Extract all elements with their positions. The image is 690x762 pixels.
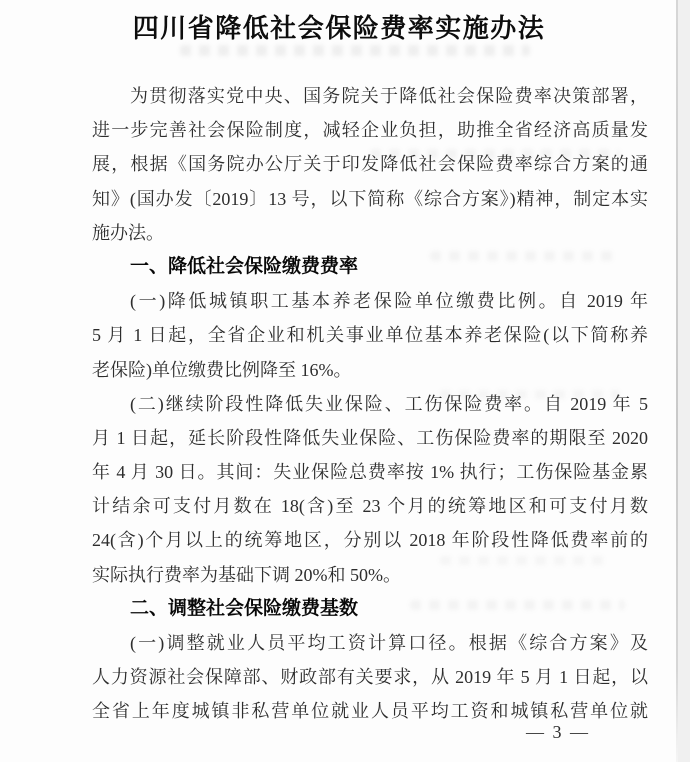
document-body: 为贯彻落实党中央、国务院关于降低社会保险费率决策部署，进一步完善社会保险制度，减… (92, 79, 648, 729)
section-2-item-1-paragraph: (一)调整就业人员平均工资计算口径。根据《综合方案》及人力资源社会保障部、财政部… (92, 626, 648, 729)
section-heading-line: 二、调整社会保险缴费基数 (92, 592, 648, 626)
document-line: 月 1 日起，延长阶段性降低失业保险、工伤保险费率的期限至 2020 (92, 421, 648, 455)
scan-gutter (678, 0, 690, 762)
document-line: 计结余可支付月数在 18(含)至 23 个月的统筹地区和可支付月数 (92, 489, 648, 523)
document-line: 实际执行费率为基础下调 20%和 50%。 (92, 558, 648, 592)
document-line: 人力资源社会保障部、财政部有关要求，从 2019 年 5 月 1 日起，以 (92, 660, 648, 694)
document-line: 年 4 月 30 日。其间：失业保险总费率按 1% 执行；工伤保险基金累 (92, 455, 648, 489)
section-heading-line: 一、降低社会保险缴费费率 (92, 250, 648, 284)
section-1-item-2-paragraph: (二)继续阶段性降低失业保险、工伤保险费率。自 2019 年 5月 1 日起，延… (92, 387, 648, 592)
section-2-heading: 二、调整社会保险缴费基数 (92, 592, 648, 626)
section-1-heading: 一、降低社会保险缴费费率 (92, 250, 648, 284)
document-line: 展，根据《国务院办公厅关于印发降低社会保险费率综合方案的通 (92, 147, 648, 181)
page-number: — 3 — (526, 722, 590, 743)
document-line: 5 月 1 日起，全省企业和机关事业单位基本养老保险(以下简称养 (92, 318, 648, 352)
document-line: 24(含)个月以上的统筹地区，分别以 2018 年阶段性降低费率前的 (92, 523, 648, 557)
document-line: 老保险)单位缴费比例降至 16%。 (92, 353, 648, 387)
document-line: (一)调整就业人员平均工资计算口径。根据《综合方案》及 (92, 626, 648, 660)
document-line: 知》(国办发〔2019〕13 号，以下简称《综合方案》)精神，制定本实 (92, 182, 648, 216)
document-title: 四川省降低社会保险费率实施办法 (0, 8, 678, 45)
section-1-item-1-paragraph: (一)降低城镇职工基本养老保险单位缴费比例。自 2019 年5 月 1 日起，全… (92, 284, 648, 387)
document-line: 进一步完善社会保险制度，减轻企业负担，助推全省经济高质量发 (92, 113, 648, 147)
intro-paragraph: 为贯彻落实党中央、国务院关于降低社会保险费率决策部署，进一步完善社会保险制度，减… (92, 79, 648, 250)
document-line: 施办法。 (92, 216, 648, 250)
scanned-document-page: 四川省降低社会保险费率实施办法 为贯彻落实党中央、国务院关于降低社会保险费率决策… (0, 0, 690, 762)
document-line: 为贯彻落实党中央、国务院关于降低社会保险费率决策部署， (92, 79, 648, 113)
document-line: (二)继续阶段性降低失业保险、工伤保险费率。自 2019 年 5 (92, 387, 648, 421)
ink-bleed-through (180, 45, 530, 56)
document-line: (一)降低城镇职工基本养老保险单位缴费比例。自 2019 年 (92, 284, 648, 318)
